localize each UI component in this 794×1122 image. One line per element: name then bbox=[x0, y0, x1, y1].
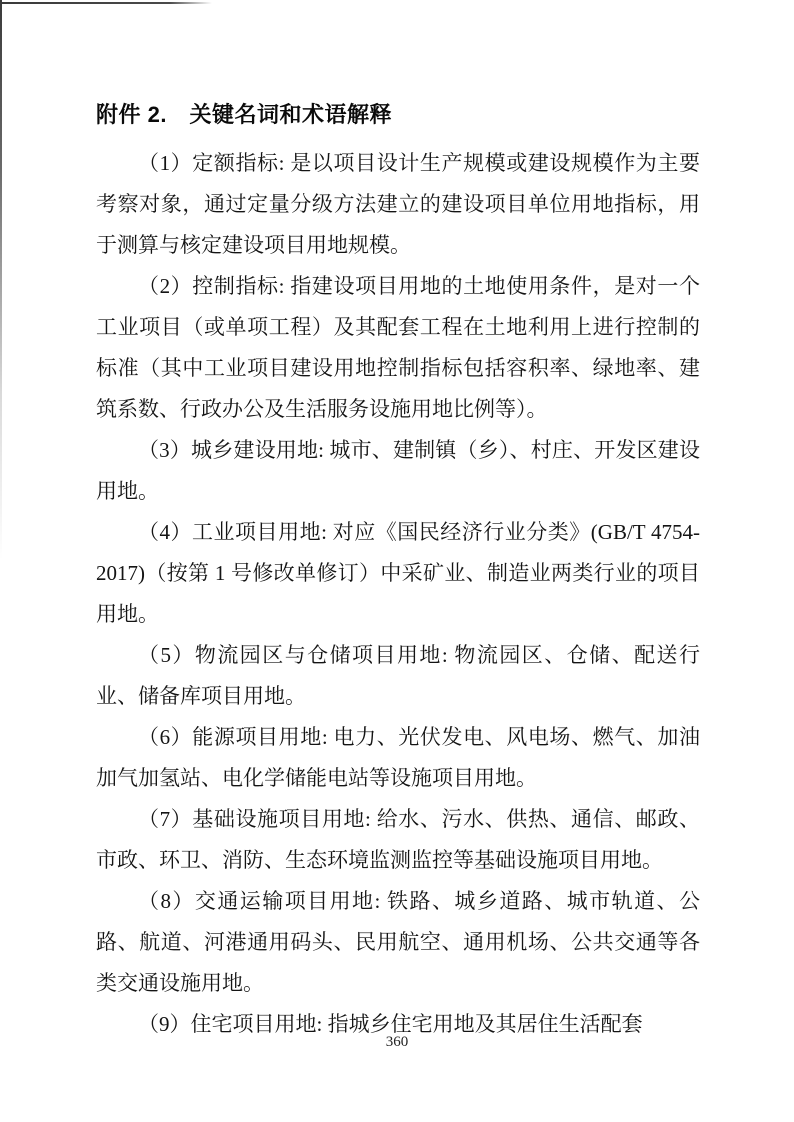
scan-artifact-top-edge bbox=[0, 2, 212, 4]
term-definition-paragraph-2: （2）控制指标: 指建设项目用地的土地使用条件，是对一个工业项目（或单项工程）及… bbox=[96, 266, 700, 430]
document-content: 附件 2. 关键名词和术语解释 （1）定额指标: 是以项目设计生产规模或建设规模… bbox=[96, 100, 700, 1045]
page-number: 360 bbox=[0, 1034, 794, 1051]
attachment-title: 附件 2. 关键名词和术语解释 bbox=[96, 100, 700, 130]
term-definition-paragraph-1: （1）定额指标: 是以项目设计生产规模或建设规模作为主要考察对象，通过定量分级方… bbox=[96, 143, 700, 266]
term-definition-paragraph-4: （4）工业项目用地: 对应《国民经济行业分类》(GB/T 4754-2017)（… bbox=[96, 512, 700, 635]
term-definition-paragraph-5: （5）物流园区与仓储项目用地: 物流园区、仓储、配送行业、储备库项目用地。 bbox=[96, 635, 700, 717]
document-body: （1）定额指标: 是以项目设计生产规模或建设规模作为主要考察对象，通过定量分级方… bbox=[96, 143, 700, 1045]
term-definition-paragraph-3: （3）城乡建设用地: 城市、建制镇（乡）、村庄、开发区建设用地。 bbox=[96, 430, 700, 512]
term-definition-paragraph-8: （8）交通运输项目用地: 铁路、城乡道路、城市轨道、公路、航道、河港通用码头、民… bbox=[96, 881, 700, 1004]
term-definition-paragraph-7: （7）基础设施项目用地: 给水、污水、供热、通信、邮政、市政、环卫、消防、生态环… bbox=[96, 799, 700, 881]
term-definition-paragraph-6: （6）能源项目用地: 电力、光伏发电、风电场、燃气、加油加气加氢站、电化学储能电… bbox=[96, 717, 700, 799]
document-page: 附件 2. 关键名词和术语解释 （1）定额指标: 是以项目设计生产规模或建设规模… bbox=[0, 0, 794, 1122]
scan-artifact-left-edge bbox=[0, 0, 2, 560]
